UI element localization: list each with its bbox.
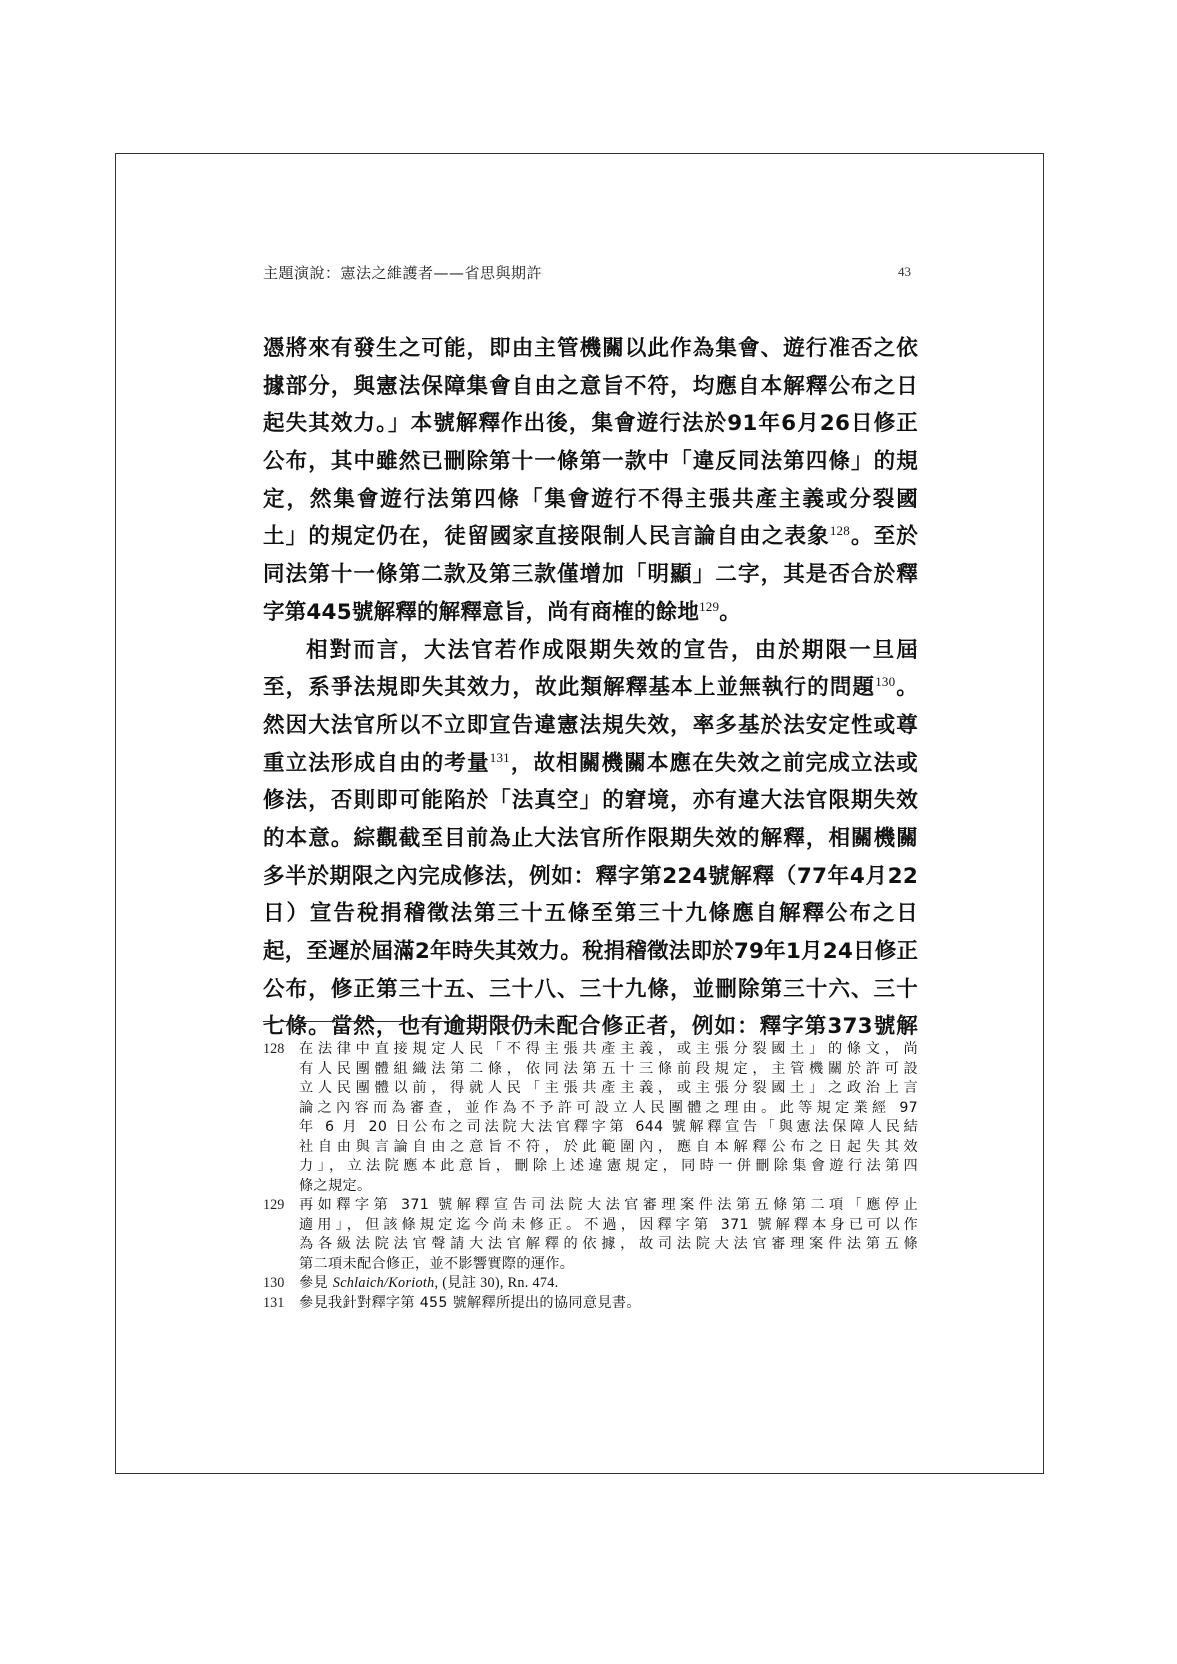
footnote-129: 129 再如釋字第 371 號解釋宣告司法院大法官審理案件法第五條第二項「應停止…	[263, 1196, 918, 1274]
body-line: 字第445號解釋的解釋意旨，尚有商榷的餘地129。	[263, 594, 918, 632]
footnote-line: 再如釋字第 371 號解釋宣告司法院大法官審理案件法第五條第二項「應停止	[299, 1196, 918, 1216]
body-line: 重立法形成自由的考量131，故相關機關本應在失效之前完成立法或	[263, 745, 918, 783]
footnote-line: 年 6 月 20 日公布之司法院大法官釋字第 644 號解釋宣告「與憲法保障人民…	[299, 1118, 918, 1138]
body-line: 憑將來有發生之可能，即由主管機關以此作為集會、遊行准否之依	[263, 330, 918, 368]
footnote-128: 128 在法律中直接規定人民「不得主張共產主義，或主張分裂國土」的條文，尚 有人…	[263, 1040, 918, 1196]
footnote-131: 131 參見我針對釋字第 455 號解釋所提出的協同意見書。	[263, 1294, 918, 1314]
footnote-separator	[263, 1021, 546, 1022]
body-text: 憑將來有發生之可能，即由主管機關以此作為集會、遊行准否之依 據部分，與憲法保障集…	[263, 330, 918, 1046]
footnote-number: 131	[263, 1294, 299, 1314]
body-line: 日）宣告稅捐稽徵法第三十五條至第三十九條應自解釋公布之日	[263, 895, 918, 933]
footnote-line: 為各級法院法官聲請大法官解釋的依據，故司法院大法官審理案件法第五條	[299, 1235, 918, 1255]
footnote-line: 力」，立法院應本此意旨，刪除上述違憲規定，同時一併刪除集會遊行法第四	[299, 1157, 918, 1177]
footnote-line: 有人民團體組織法第二條，依同法第五十三條前段規定，主管機關於許可設	[299, 1060, 918, 1080]
footnote-ref[interactable]: 130	[875, 674, 895, 689]
body-line: 的本意。綜觀截至目前為止大法官所作限期失效的解釋，相關機關	[263, 820, 918, 858]
body-line: 多半於期限之內完成修法，例如：釋字第224號解釋（77年4月22	[263, 858, 918, 896]
footnote-line: 適用」，但該條規定迄今尚未修正。不過，因釋字第 371 號解釋本身已可以作	[299, 1216, 918, 1236]
footnote-number: 128	[263, 1040, 299, 1196]
footnotes: 128 在法律中直接規定人民「不得主張共產主義，或主張分裂國土」的條文，尚 有人…	[263, 1040, 918, 1313]
footnote-line: 條之規定。	[299, 1177, 918, 1197]
footnote-line: 社自由與言論自由之意旨不符，於此範圍內，應自本解釋公布之日起失其效	[299, 1138, 918, 1158]
footnote-ref[interactable]: 128	[830, 523, 850, 538]
body-line: 修法，否則即可能陷於「法真空」的窘境，亦有違大法官限期失效	[263, 782, 918, 820]
cited-authors: Schlaich/Korioth	[333, 1275, 435, 1291]
footnote-ref[interactable]: 131	[490, 750, 510, 765]
footnote-130: 130 參見 Schlaich/Korioth, (見註 30), Rn. 47…	[263, 1274, 918, 1294]
footnote-line: 立人民團體以前，得就人民「主張共產主義，或主張分裂國土」之政治上言	[299, 1079, 918, 1099]
page-number: 43	[898, 264, 911, 280]
footnote-number: 129	[263, 1196, 299, 1274]
footnote-number: 130	[263, 1274, 299, 1294]
body-line: 定，然集會遊行法第四條「集會遊行不得主張共產主義或分裂國	[263, 481, 918, 519]
body-line: 至，系爭法規即失其效力，故此類解釋基本上並無執行的問題130。	[263, 669, 918, 707]
body-line: 然因大法官所以不立即宣告違憲法規失效，率多基於法安定性或尊	[263, 707, 918, 745]
body-line: 起，至遲於屆滿2年時失其效力。稅捐稽徵法即於79年1月24日修正	[263, 933, 918, 971]
body-line: 起失其效力。」本號解釋作出後，集會遊行法於91年6月26日修正	[263, 405, 918, 443]
body-line: 公布，其中雖然已刪除第十一條第一款中「違反同法第四條」的規	[263, 443, 918, 481]
body-line: 相對而言，大法官若作成限期失效的宣告，由於期限一旦屆	[263, 632, 918, 670]
body-line: 公布，修正第三十五、三十八、三十九條，並刪除第三十六、三十	[263, 971, 918, 1009]
footnote-line: 論之內容而為審查，並作為不予許可設立人民團體之理由。此等規定業經 97	[299, 1099, 918, 1119]
body-line: 據部分，與憲法保障集會自由之意旨不符，均應自本解釋公布之日	[263, 368, 918, 406]
footnote-line: 參見我針對釋字第 455 號解釋所提出的協同意見書。	[299, 1294, 918, 1314]
footnote-line: 第二項未配合修正，並不影響實際的運作。	[299, 1255, 918, 1275]
body-line: 同法第十一條第二款及第三款僅增加「明顯」二字，其是否合於釋	[263, 556, 918, 594]
running-head: 主題演說：憲法之維護者——省思與期許	[263, 262, 542, 283]
body-line: 土」的規定仍在，徒留國家直接限制人民言論自由之表象128。至於	[263, 518, 918, 556]
footnote-line: 參見 Schlaich/Korioth, (見註 30), Rn. 474.	[299, 1274, 918, 1294]
footnote-line: 在法律中直接規定人民「不得主張共產主義，或主張分裂國土」的條文，尚	[299, 1040, 918, 1060]
footnote-ref[interactable]: 129	[699, 599, 719, 614]
